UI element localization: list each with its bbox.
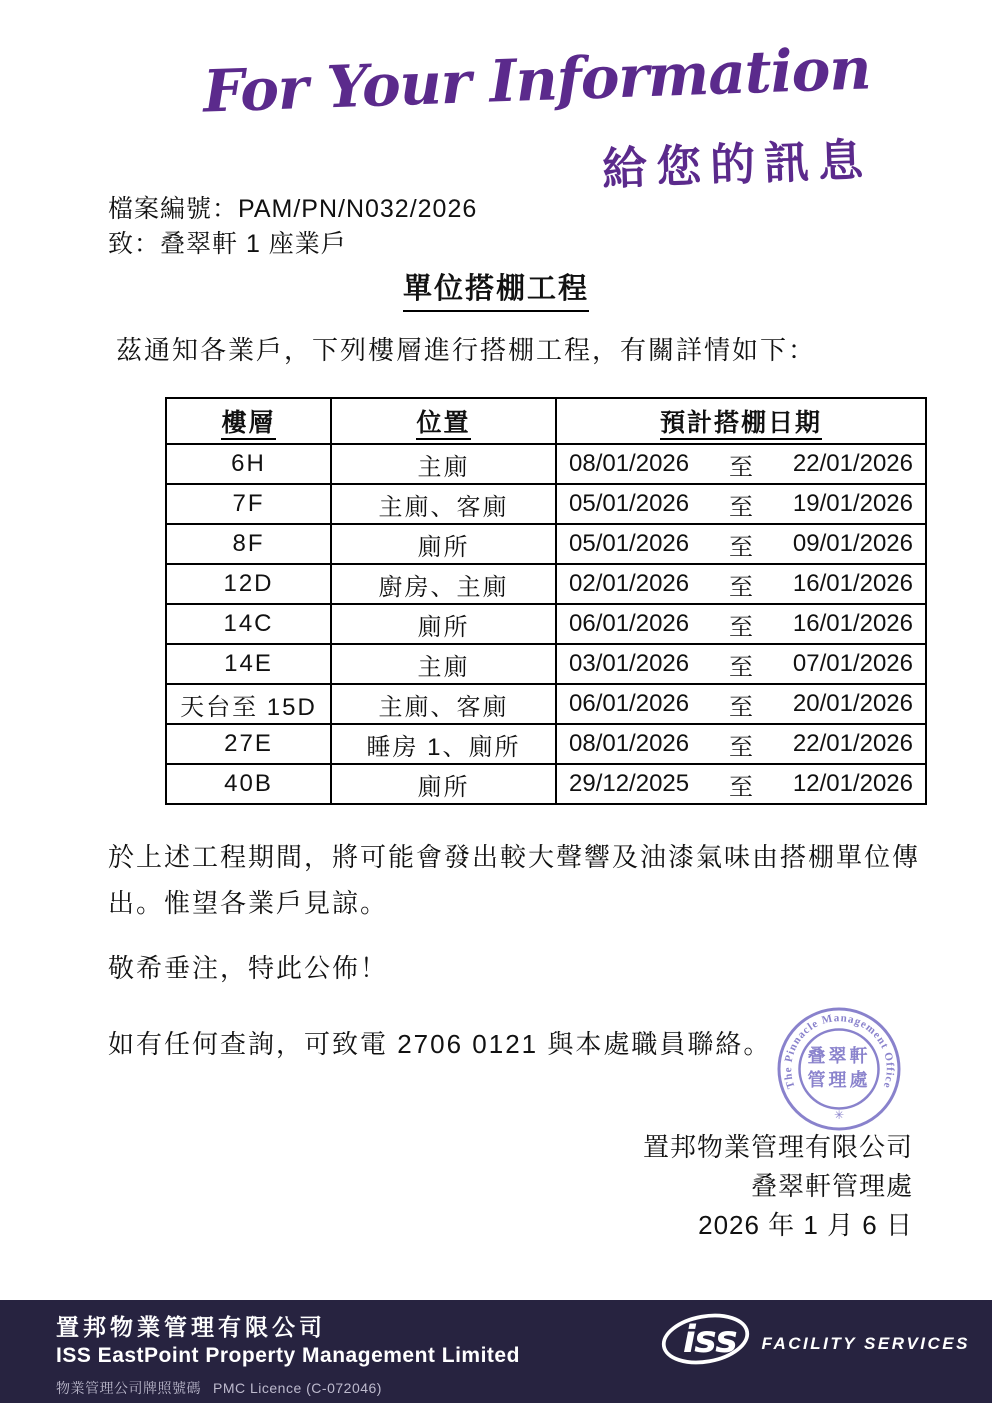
- footer-bar: 置邦物業管理有限公司 ISS EastPoint Property Manage…: [0, 1300, 992, 1403]
- start-date: 02/01/2026: [569, 570, 689, 598]
- location-cell: 廁所: [331, 764, 556, 804]
- floor-cell: 14C: [166, 604, 331, 644]
- signature-company: 置邦物業管理有限公司: [643, 1128, 913, 1167]
- dates-cell: 06/01/2026 至 20/01/2026: [556, 684, 926, 724]
- start-date: 08/01/2026: [569, 450, 689, 478]
- iss-logo-text: iss: [682, 1317, 736, 1361]
- table-header-row: 樓層 位置 預計搭棚日期: [166, 398, 926, 444]
- title-row: 單位搭棚工程: [0, 266, 992, 312]
- table-row: 14C 廁所 06/01/2026 至 16/01/2026: [166, 604, 926, 644]
- start-date: 05/01/2026: [569, 490, 689, 518]
- start-date: 06/01/2026: [569, 690, 689, 718]
- location-cell: 主廁: [331, 644, 556, 684]
- dates-cell: 06/01/2026 至 16/01/2026: [556, 604, 926, 644]
- location-cell: 廁所: [331, 524, 556, 564]
- date-separator: 至: [729, 567, 753, 602]
- notice-document: For Your Information 給您的訊息 檔案編號：PAM/PN/N…: [0, 0, 992, 1403]
- start-date: 08/01/2026: [569, 730, 689, 758]
- column-header-location: 位置: [331, 398, 556, 444]
- table-row: 8F 廁所 05/01/2026 至 09/01/2026: [166, 524, 926, 564]
- iss-logo-block: iss FACILITY SERVICES: [658, 1308, 970, 1370]
- date-separator: 至: [729, 727, 753, 762]
- enquiry-phone-line: 如有任何查詢，可致電 2706 0121 與本處職員聯絡。: [108, 1024, 771, 1061]
- date-separator: 至: [729, 527, 753, 562]
- end-date: 19/01/2026: [793, 490, 913, 518]
- dates-cell: 29/12/2025 至 12/01/2026: [556, 764, 926, 804]
- stamp-center-line-1: 叠翠軒: [808, 1045, 871, 1066]
- table-row: 6H 主廁 08/01/2026 至 22/01/2026: [166, 444, 926, 484]
- stamp-inner-ring: [800, 1030, 879, 1109]
- end-date: 12/01/2026: [793, 770, 913, 798]
- end-date: 09/01/2026: [793, 530, 913, 558]
- dates-cell: 05/01/2026 至 19/01/2026: [556, 484, 926, 524]
- dates-cell: 08/01/2026 至 22/01/2026: [556, 724, 926, 764]
- end-date: 07/01/2026: [793, 650, 913, 678]
- start-date: 03/01/2026: [569, 650, 689, 678]
- date-separator: 至: [729, 487, 753, 522]
- date-separator: 至: [729, 647, 753, 682]
- floor-cell: 6H: [166, 444, 331, 484]
- table-row: 7F 主廁、客廁 05/01/2026 至 19/01/2026: [166, 484, 926, 524]
- location-cell: 睡房 1、廁所: [331, 724, 556, 764]
- stamp-center-line-2: 管理處: [808, 1069, 871, 1090]
- column-header-dates: 預計搭棚日期: [556, 398, 926, 444]
- dates-cell: 08/01/2026 至 22/01/2026: [556, 444, 926, 484]
- date-separator: 至: [729, 767, 753, 802]
- column-header-floor: 樓層: [166, 398, 331, 444]
- floor-cell: 8F: [166, 524, 331, 564]
- table-row: 40B 廁所 29/12/2025 至 12/01/2026: [166, 764, 926, 804]
- dates-cell: 03/01/2026 至 07/01/2026: [556, 644, 926, 684]
- scaffolding-schedule-table: 樓層 位置 預計搭棚日期 6H 主廁 08/01/2026 至 22/01/20…: [165, 397, 927, 805]
- start-date: 06/01/2026: [569, 610, 689, 638]
- dates-cell: 05/01/2026 至 09/01/2026: [556, 524, 926, 564]
- stamp-star-glyph: ✳: [834, 1108, 844, 1122]
- intro-paragraph: 茲通知各業戶，下列樓層進行搭棚工程，有關詳情如下：: [116, 330, 816, 367]
- floor-cell: 40B: [166, 764, 331, 804]
- attention-line: 敬希垂注，特此公佈！: [108, 948, 388, 985]
- end-date: 16/01/2026: [793, 610, 913, 638]
- management-office-stamp: The Pinnacle Management Office 叠翠軒 管理處 ✳: [774, 1004, 904, 1134]
- noise-apology-paragraph: 於上述工程期間，將可能會發出較大聲響及油漆氣味由搭棚單位傳出。惟望各業戶見諒。: [108, 834, 920, 926]
- date-separator: 至: [729, 607, 753, 642]
- footer-licence-line: 物業管理公司牌照號碼PMC Licence (C-072046): [56, 1378, 520, 1398]
- table-row: 14E 主廁 03/01/2026 至 07/01/2026: [166, 644, 926, 684]
- start-date: 29/12/2025: [569, 770, 689, 798]
- for-your-information-script: For Your Information: [202, 34, 872, 125]
- signature-date: 2026 年 1 月 6 日: [643, 1206, 913, 1245]
- signature-office: 叠翠軒管理處: [643, 1167, 913, 1206]
- floor-cell: 12D: [166, 564, 331, 604]
- dates-cell: 02/01/2026 至 16/01/2026: [556, 564, 926, 604]
- iss-logo-icon: iss: [658, 1308, 756, 1370]
- end-date: 20/01/2026: [793, 690, 913, 718]
- footer-company-english: ISS EastPoint Property Management Limite…: [56, 1344, 520, 1368]
- end-date: 22/01/2026: [793, 730, 913, 758]
- page-title: 單位搭棚工程: [403, 266, 589, 312]
- date-separator: 至: [729, 687, 753, 722]
- footer-licence-english: PMC Licence (C-072046): [213, 1380, 382, 1396]
- table-row: 天台至 15D 主廁、客廁 06/01/2026 至 20/01/2026: [166, 684, 926, 724]
- for-your-information-chinese-calligraphy: 給您的訊息: [601, 123, 873, 197]
- floor-cell: 14E: [166, 644, 331, 684]
- table-row: 27E 睡房 1、廁所 08/01/2026 至 22/01/2026: [166, 724, 926, 764]
- floor-cell: 7F: [166, 484, 331, 524]
- signature-block: 置邦物業管理有限公司 叠翠軒管理處 2026 年 1 月 6 日: [643, 1128, 913, 1245]
- end-date: 22/01/2026: [793, 450, 913, 478]
- location-cell: 主廁: [331, 444, 556, 484]
- date-separator: 至: [729, 447, 753, 482]
- start-date: 05/01/2026: [569, 530, 689, 558]
- footer-company-block: 置邦物業管理有限公司 ISS EastPoint Property Manage…: [56, 1309, 520, 1398]
- floor-cell: 天台至 15D: [166, 684, 331, 724]
- location-cell: 主廁、客廁: [331, 484, 556, 524]
- footer-licence-chinese: 物業管理公司牌照號碼: [56, 1380, 201, 1396]
- floor-cell: 27E: [166, 724, 331, 764]
- location-cell: 廁所: [331, 604, 556, 644]
- iss-logo-tagline: FACILITY SERVICES: [762, 1334, 970, 1354]
- file-reference-line: 檔案編號：PAM/PN/N032/2026: [108, 189, 477, 225]
- location-cell: 廚房、主廁: [331, 564, 556, 604]
- recipient-line: 致：叠翠軒 1 座業戶: [108, 224, 347, 260]
- location-cell: 主廁、客廁: [331, 684, 556, 724]
- end-date: 16/01/2026: [793, 570, 913, 598]
- footer-company-chinese: 置邦物業管理有限公司: [56, 1309, 520, 1342]
- table-row: 12D 廚房、主廁 02/01/2026 至 16/01/2026: [166, 564, 926, 604]
